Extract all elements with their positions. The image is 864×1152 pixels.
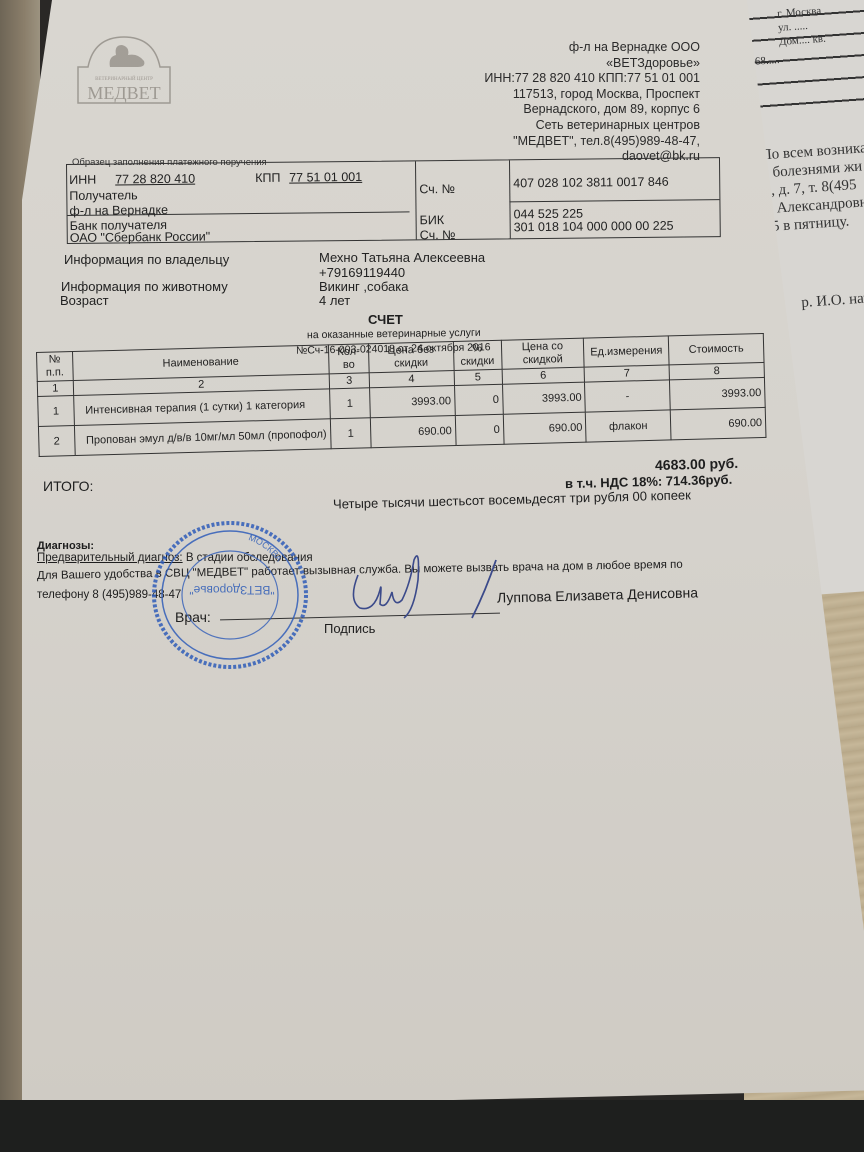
total-amount: 4683.00 руб. (655, 455, 739, 473)
recipient-label: Получатель (69, 188, 137, 203)
header-line: 117513, город Москва, Проспект (460, 87, 700, 103)
bik-label: БИК (420, 213, 445, 227)
corr-account-value: 301 018 104 000 000 00 225 (514, 219, 674, 235)
col-header-discount: % скидки (453, 340, 502, 370)
handwritten-signature (340, 540, 500, 640)
account-value: 407 028 102 3811 0017 846 (513, 175, 669, 191)
animal-label: Информация по животному (61, 279, 228, 294)
col-header-price: Цена без скидки (368, 342, 453, 373)
total-in-words: Четыре тысячи шестьсот восемьдесят три р… (333, 487, 691, 511)
kpp-value: 77 51 01 001 (289, 170, 362, 185)
animal-value: Викинг ,собака (319, 279, 408, 294)
doctor-name: Луппова Елизавета Денисовна (497, 584, 698, 605)
recipient-value: ф-л на Вернадке (69, 203, 168, 218)
clinic-stamp: МОСКВА "ВЕТЗдоровье" (150, 518, 310, 673)
clinic-details: ф-л на Вернадке ООО «ВЕТЗдоровье» ИНН:77… (460, 40, 700, 165)
invoice-document: ВЕТЕРИНАРНЫЙ ЦЕНТР МЕДВЕТ ф-л на Вернадк… (0, 0, 864, 1152)
invoice-title: СЧЕТ (368, 312, 403, 327)
dog-logo-icon: ВЕТЕРИНАРНЫЙ ЦЕНТР МЕДВЕТ (72, 33, 176, 105)
inn-value: 77 28 820 410 (115, 172, 195, 187)
svg-text:МЕДВЕТ: МЕДВЕТ (87, 83, 160, 103)
header-line: «ВЕТЗдоровье» (460, 56, 700, 72)
header-line: "МЕДВЕТ", тел.8(495)989-48-47, (460, 134, 700, 150)
clinic-logo: ВЕТЕРИНАРНЫЙ ЦЕНТР МЕДВЕТ (72, 33, 176, 105)
bank-value: ОАО "Сбербанк России" (70, 229, 211, 244)
col-header-cost: Стоимость (668, 333, 764, 364)
svg-text:ВЕТЕРИНАРНЫЙ ЦЕНТР: ВЕТЕРИНАРНЫЙ ЦЕНТР (95, 76, 153, 82)
account-label: Сч. № (419, 182, 455, 196)
diagnosis-label: Диагнозы: (37, 540, 94, 552)
desk-edge (0, 1100, 864, 1152)
col-header-qty: Кол-во (328, 344, 369, 374)
payment-sample-box: ИНН 77 28 820 410 КПП 77 51 01 001 Получ… (66, 157, 721, 244)
owner-label: Информация по владельцу (64, 252, 229, 267)
owner-phone: +79169119440 (319, 265, 405, 280)
invoice-subtitle: на оказанные ветеринарные услуги (307, 327, 481, 341)
header-line: ИНН:77 28 820 410 КПП:77 51 01 001 (460, 71, 700, 87)
col-header-price-disc: Цена со скидкой (501, 338, 584, 369)
svg-text:"ВЕТЗдоровье": "ВЕТЗдоровье" (189, 583, 274, 597)
corr-account-label: Сч. № (420, 228, 456, 242)
services-table: № п.п. Наименование Кол-во Цена без скид… (36, 333, 766, 457)
owner-name: Мехно Татьяна Алексеевна (319, 250, 485, 265)
col-header-unit: Ед.измерения (584, 336, 669, 367)
inn-label: ИНН (69, 173, 96, 187)
age-label: Возраст (60, 293, 109, 308)
svg-text:МОСКВА: МОСКВА (247, 532, 284, 563)
total-label: ИТОГО: (43, 478, 93, 494)
col-header-number: № п.п. (37, 352, 73, 382)
header-line: ф-л на Вернадке ООО (460, 40, 700, 56)
header-line: Вернадского, дом 89, корпус 6 (460, 102, 700, 118)
age-value: 4 лет (319, 293, 350, 308)
kpp-label: КПП (255, 171, 280, 185)
header-line: Сеть ветеринарных центров (460, 118, 700, 134)
